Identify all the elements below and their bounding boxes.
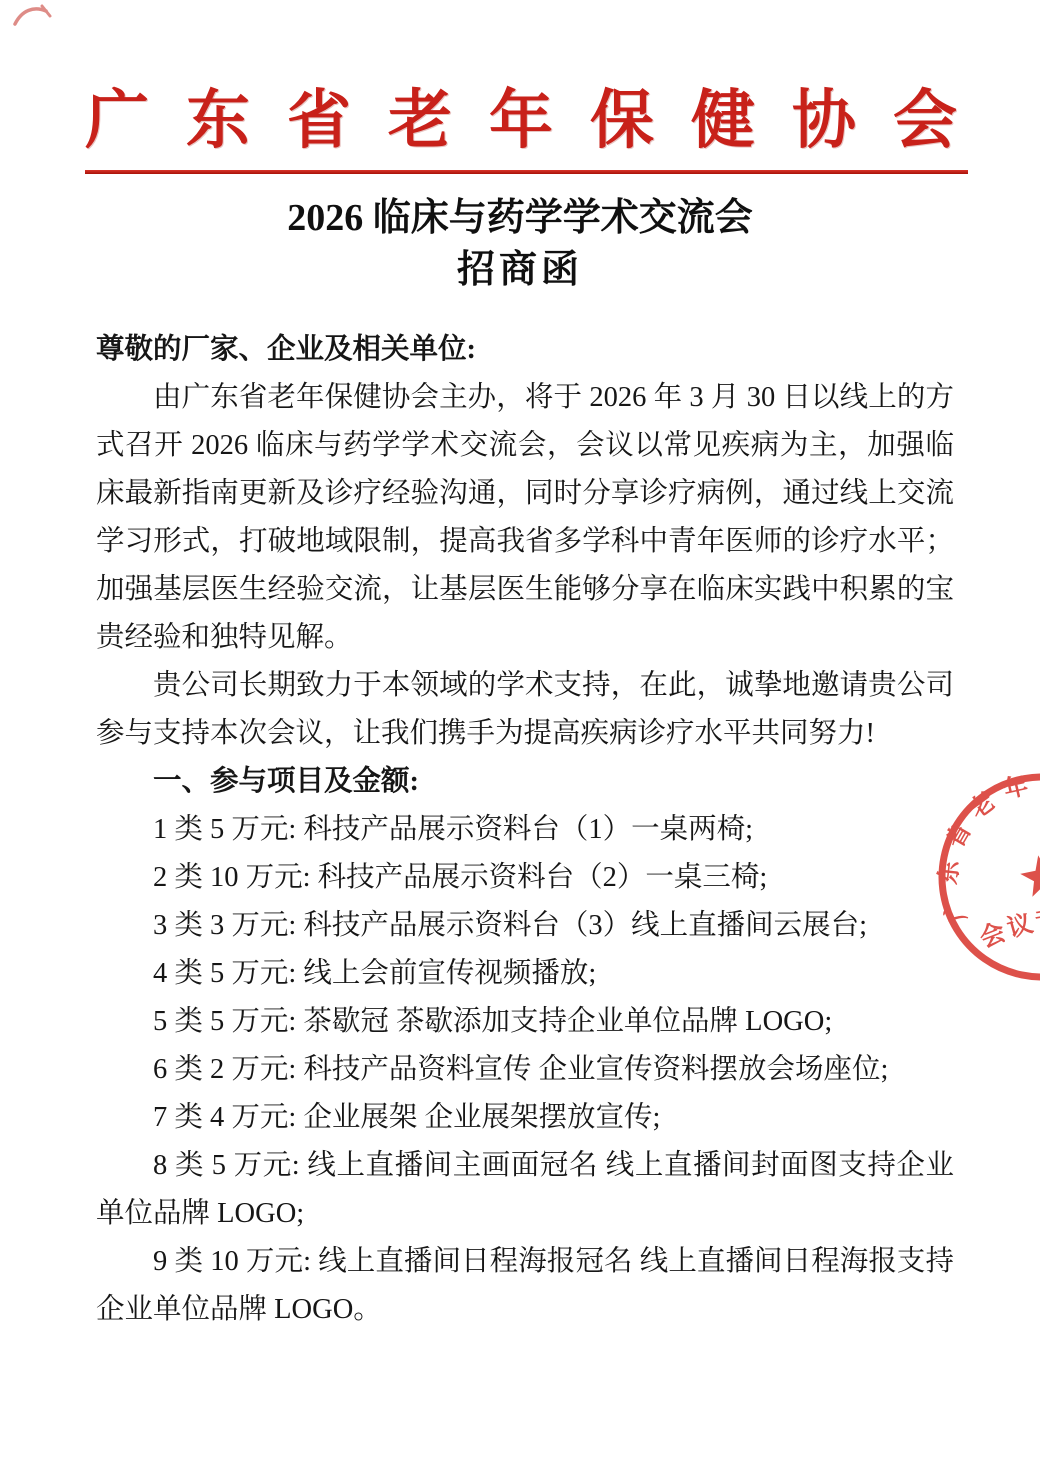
stamp-bottom-text: 会议专用章	[974, 892, 1040, 954]
letterhead-underline	[85, 170, 968, 174]
letterhead-title: 广东省老年保健协会	[85, 84, 957, 158]
document-page: 广东省老年保健协会 2026 临床与药学学术交流会 招商函 尊敬的厂家、企业及相…	[0, 0, 1040, 1471]
svg-text:会议专用章: 会议专用章	[974, 892, 1040, 954]
fee-item-6: 6 类 2 万元: 科技产品资料宣传 企业宣传资料摆放会场座位;	[96, 1046, 954, 1094]
fee-item-7: 7 类 4 万元: 企业展架 企业展架摆放宣传;	[96, 1094, 954, 1142]
fee-item-5: 5 类 5 万元: 茶歇冠 茶歇添加支持企业单位品牌 LOGO;	[96, 998, 954, 1046]
letter-body: 尊敬的厂家、企业及相关单位: 由广东省老年保健协会主办，将于 2026 年 3 …	[96, 326, 954, 1334]
salutation: 尊敬的厂家、企业及相关单位:	[96, 326, 954, 374]
fee-item-9: 9 类 10 万元: 线上直播间日程海报冠名 线上直播间日程海报支持企业单位品牌…	[96, 1238, 954, 1334]
paragraph-intro: 由广东省老年保健协会主办，将于 2026 年 3 月 30 日以线上的方式召开 …	[96, 374, 954, 662]
event-title: 2026 临床与药学学术交流会	[0, 186, 1040, 241]
section-heading-projects: 一、参与项目及金额:	[96, 758, 954, 806]
fee-item-4: 4 类 5 万元: 线上会前宣传视频播放;	[96, 950, 954, 998]
fee-item-2: 2 类 10 万元: 科技产品展示资料台（2）一桌三椅;	[96, 854, 954, 902]
fee-item-1: 1 类 5 万元: 科技产品展示资料台（1）一桌两椅;	[96, 806, 954, 854]
fee-item-8: 8 类 5 万元: 线上直播间主画面冠名 线上直播间封面图支持企业单位品牌 LO…	[96, 1142, 954, 1238]
stamp-star-icon	[1018, 852, 1040, 898]
fee-item-3: 3 类 3 万元: 科技产品展示资料台（3）线上直播间云展台;	[96, 902, 954, 950]
pen-mark	[12, 2, 64, 32]
doc-type-title: 招商函	[0, 238, 1040, 293]
paragraph-invitation: 贵公司长期致力于本领域的学术支持，在此，诚挚地邀请贵公司参与支持本次会议，让我们…	[96, 662, 954, 758]
